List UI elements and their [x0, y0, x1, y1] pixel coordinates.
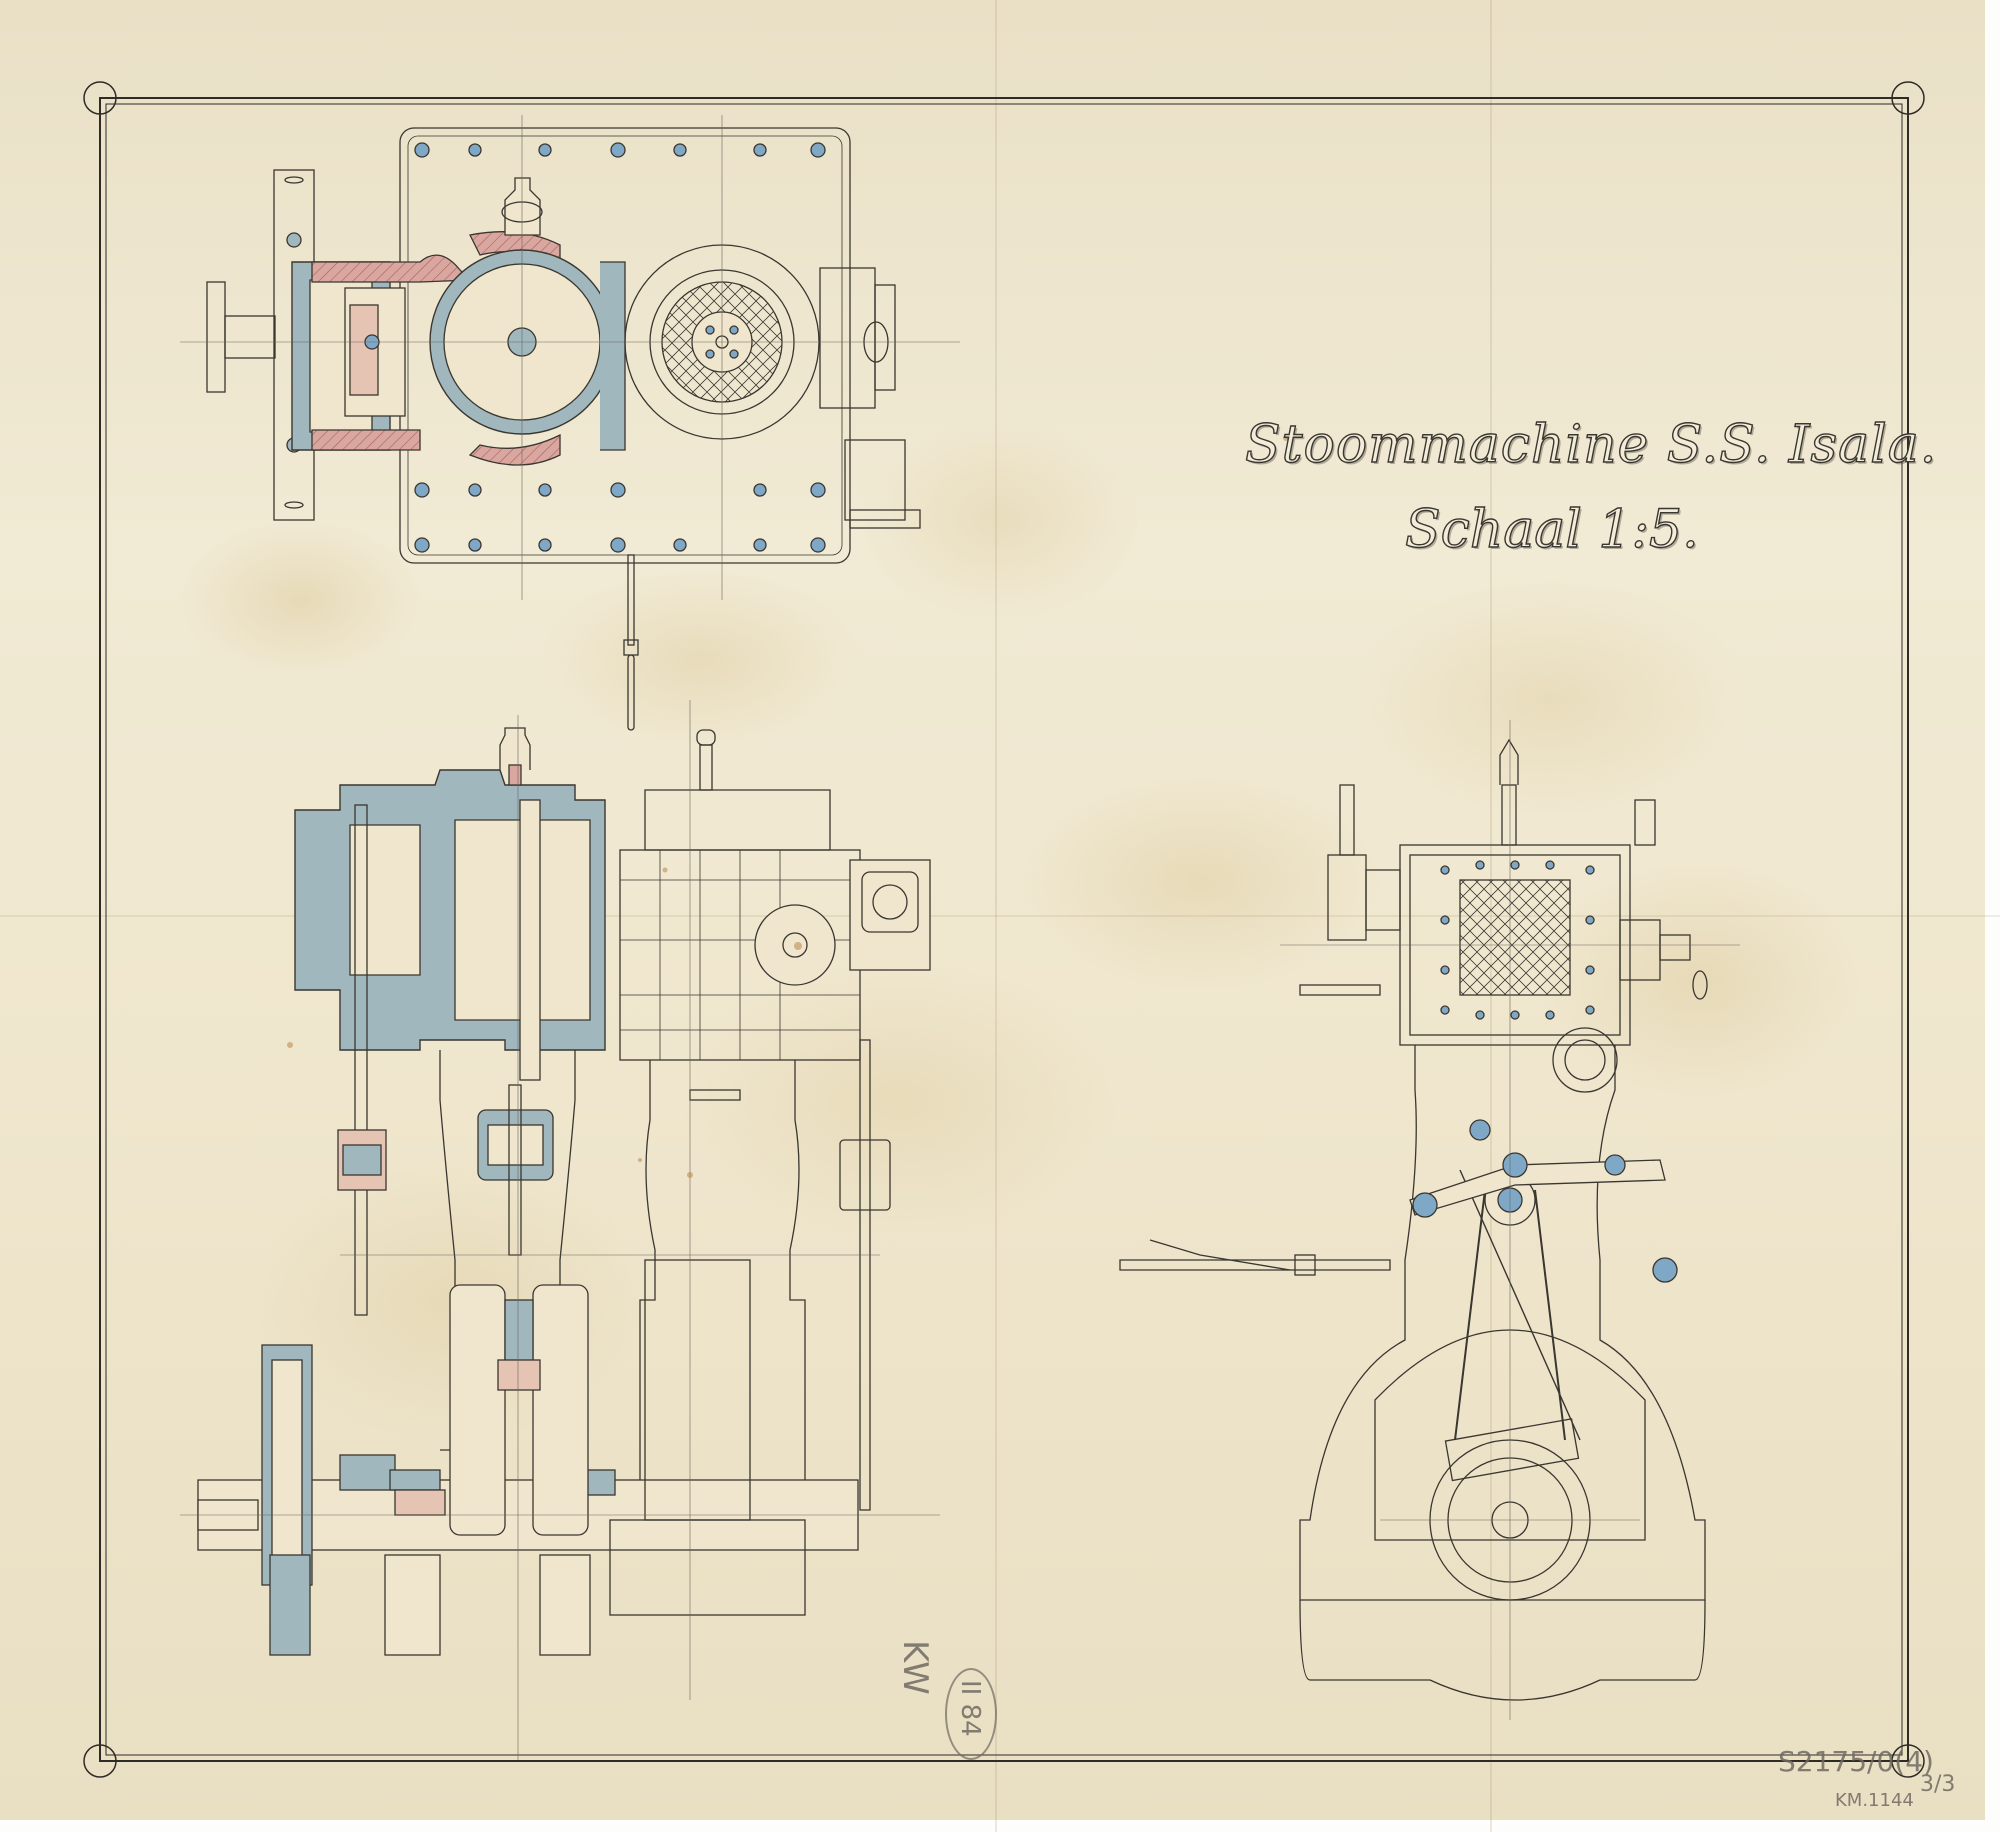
inventory-sub-number: KM.1144: [1835, 1790, 1914, 1811]
drawing-title: Stoommachine S.S. Isala.: [1245, 415, 1937, 475]
plan-section-view: [180, 115, 960, 730]
drawing-scale: Schaal 1:5.: [1405, 500, 1699, 560]
side-elevation-section-view: [180, 700, 940, 1760]
technical-drawing: [0, 0, 2000, 1832]
end-elevation-view: [1120, 720, 1740, 1720]
pencil-note-kw: KW: [895, 1640, 935, 1695]
pencil-note-kw-number: II 84: [955, 1680, 985, 1737]
corner-mark: 3/3: [1920, 1772, 1955, 1797]
inventory-number: S2175/0(4): [1778, 1745, 1934, 1778]
